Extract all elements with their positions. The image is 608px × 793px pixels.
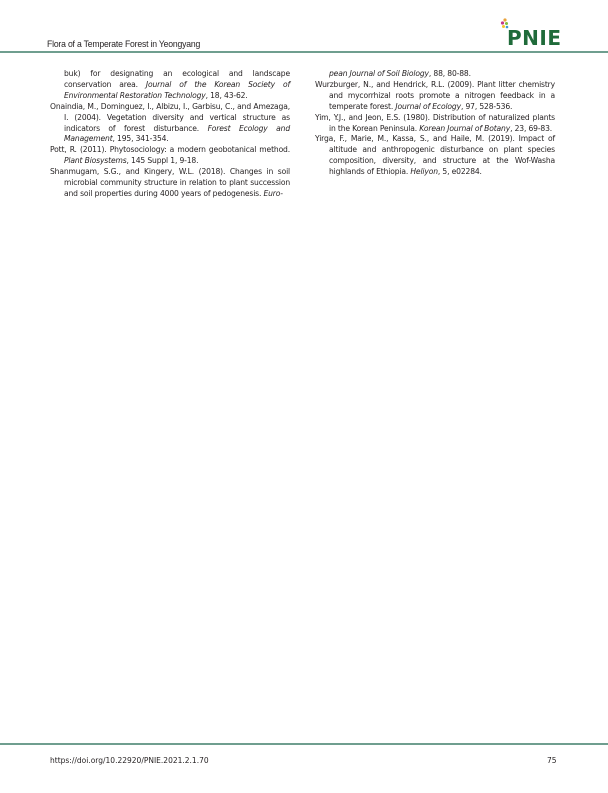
reference-entry: Onaindia, M., Dominguez, I., Albizu, I.,… (50, 102, 290, 146)
logo-text: PNIE (507, 27, 562, 49)
references-left-column: buk) for designating an ecological and l… (50, 69, 290, 200)
reference-entry: Pott, R. (2011). Phytosociology: a moder… (50, 145, 290, 167)
reference-entry: Wurzburger, N., and Hendrick, R.L. (2009… (315, 80, 555, 113)
header-rule (0, 51, 608, 53)
reference-entry: pean Journal of Soil Biology, 88, 80-88. (315, 69, 555, 80)
page-number: 75 (547, 756, 557, 765)
journal-logo: PNIE (497, 18, 561, 52)
references-right-column: pean Journal of Soil Biology, 88, 80-88.… (315, 69, 555, 178)
reference-entry: Yirga, F., Marie, M., Kassa, S., and Hai… (315, 134, 555, 178)
reference-entry: Yim, Y.J., and Jeon, E.S. (1980). Distri… (315, 113, 555, 135)
reference-entry: Shanmugam, S.G., and Kingery, W.L. (2018… (50, 167, 290, 200)
footer-rule (0, 743, 608, 745)
running-title: Flora of a Temperate Forest in Yeongyang (47, 38, 200, 49)
doi-link[interactable]: https://doi.org/10.22920/PNIE.2021.2.1.7… (50, 756, 209, 765)
reference-entry: buk) for designating an ecological and l… (50, 69, 290, 102)
